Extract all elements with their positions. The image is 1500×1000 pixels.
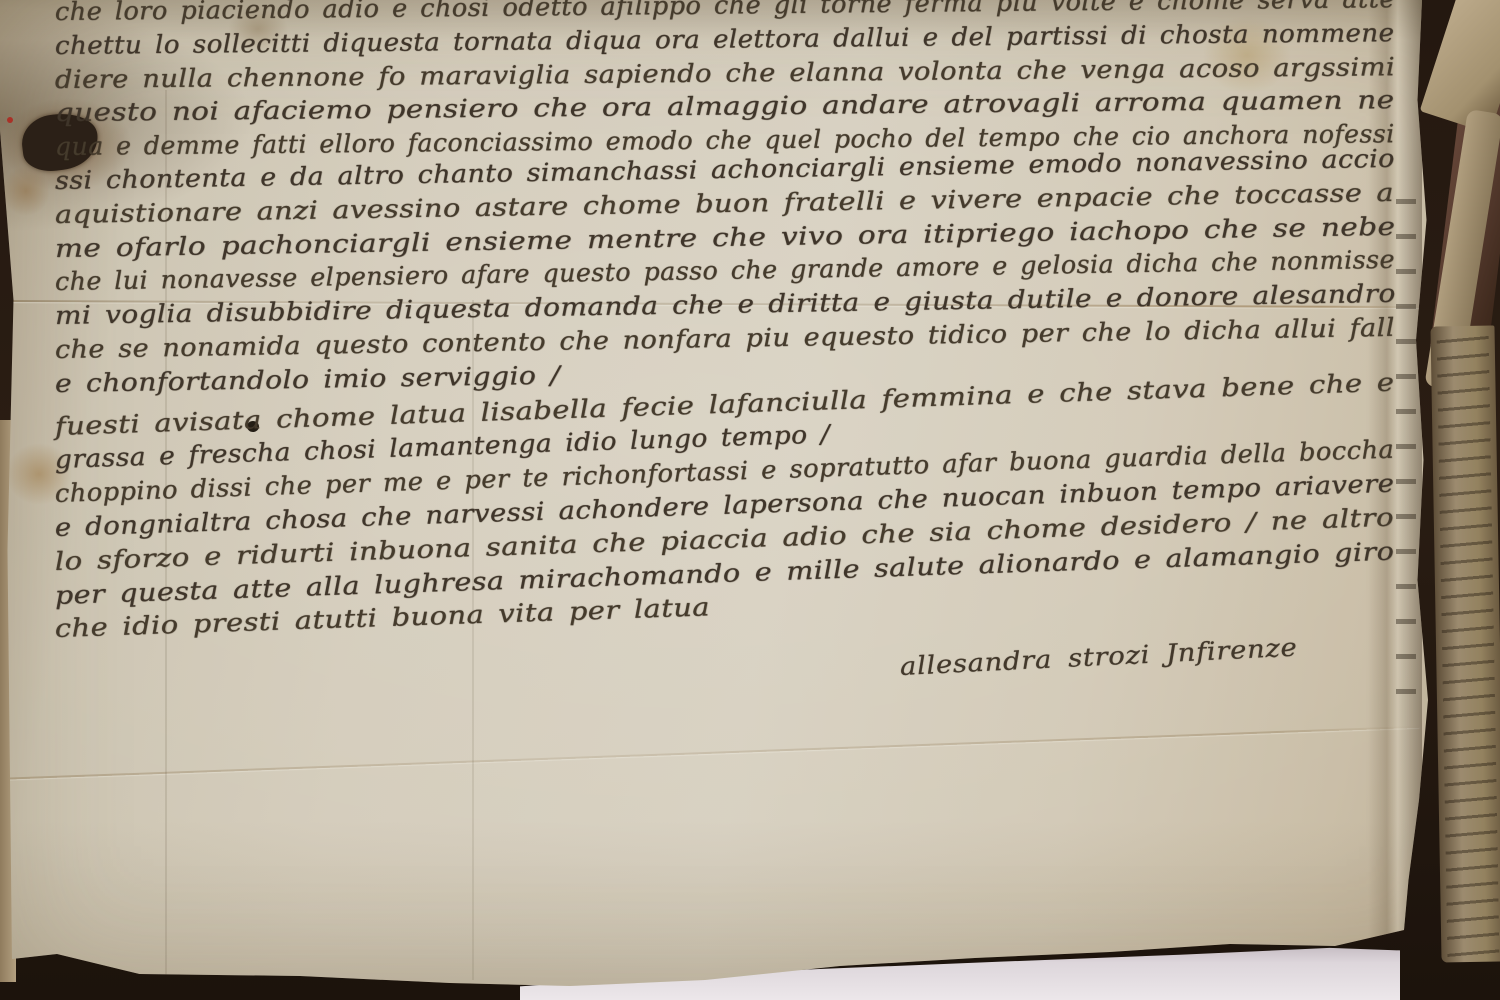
manuscript-page: che loro piaciendo adio e chosi odetto a… [0,0,1500,1000]
paper-stain-below-hole [2,166,50,216]
photo-scene: che loro piaciendo adio e chosi odetto a… [0,0,1500,1000]
adjacent-page-edge [1430,325,1500,962]
handwritten-line-text: e chonfortandolo imio serviggio / [55,360,561,397]
letter-body: che loro piaciendo adio e chosi odetto a… [55,0,1395,646]
adjacent-page-writing [1437,330,1500,959]
fold-crease-horizontal-lower [0,726,1420,780]
red-ink-speck [7,117,13,123]
